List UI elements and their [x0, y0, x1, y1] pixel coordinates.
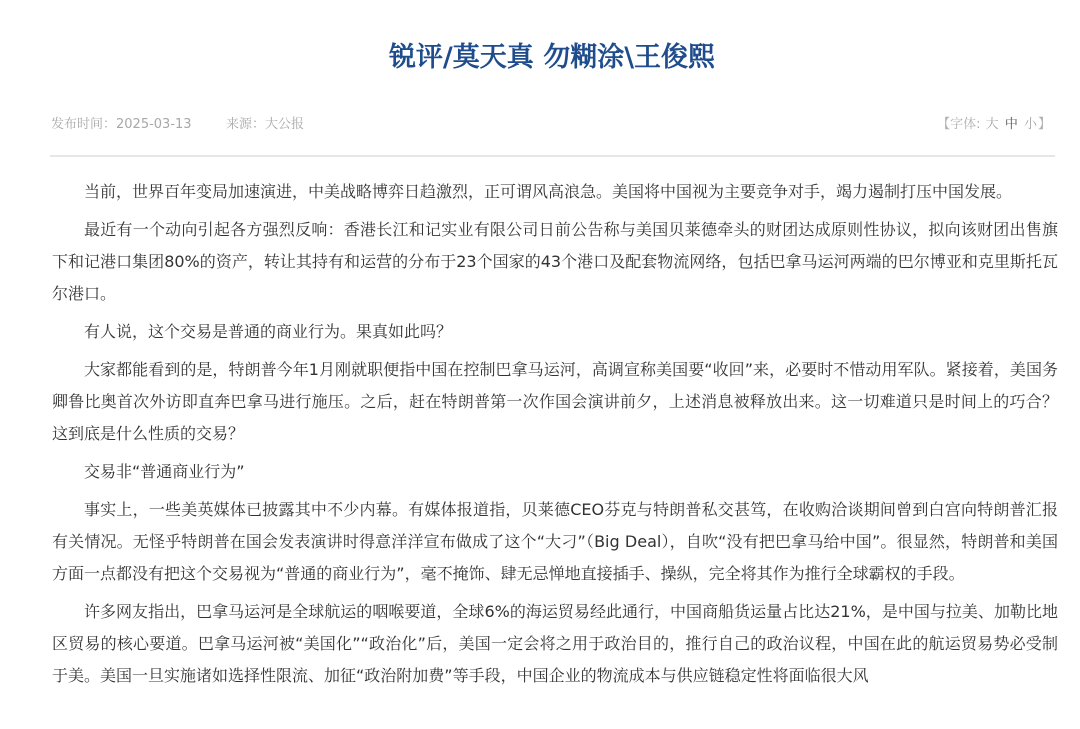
font-size-open-bracket: 【: [937, 117, 950, 132]
publish-date-value: 2025-03-13: [116, 117, 192, 132]
header-divider: [50, 155, 1055, 157]
section-subheading: 交易非“普通商业行为”: [52, 456, 1058, 488]
publish-date-label: 发布时间：: [51, 117, 116, 132]
source-label: 来源：: [226, 117, 265, 132]
paragraph: 事实上，一些美英媒体已披露其中不少内幕。有媒体报道指，贝莱德CEO芬克与特朗普私…: [52, 494, 1058, 590]
article-meta: 发布时间：2025-03-13 来源：大公报 【字体: 大 中 小】: [51, 114, 1055, 136]
publish-date: 发布时间：2025-03-13: [51, 114, 192, 136]
font-size-small-button[interactable]: 小: [1024, 117, 1037, 132]
font-size-selector: 【字体: 大 中 小】: [937, 114, 1051, 136]
font-size-label: 字体:: [950, 117, 980, 132]
article-source: 来源：大公报: [226, 114, 304, 136]
font-size-close-bracket: 】: [1038, 117, 1051, 132]
paragraph: 最近有一个动向引起各方强烈反响：香港长江和记实业有限公司日前公告称与美国贝莱德牵…: [52, 214, 1058, 310]
article-body: 当前，世界百年变局加速演进，中美战略博弈日趋激烈，正可谓风高浪急。美国将中国视为…: [52, 176, 1058, 698]
source-value: 大公报: [265, 117, 304, 132]
font-size-large-button[interactable]: 大: [986, 117, 999, 132]
paragraph: 有人说，这个交易是普通的商业行为。果真如此吗？: [52, 316, 1058, 348]
paragraph: 许多网友指出，巴拿马运河是全球航运的咽喉要道，全球6%的海运贸易经此通行，中国商…: [52, 596, 1058, 692]
paragraph: 当前，世界百年变局加速演进，中美战略博弈日趋激烈，正可谓风高浪急。美国将中国视为…: [52, 176, 1058, 208]
font-size-medium-button[interactable]: 中: [1005, 117, 1018, 132]
paragraph: 大家都能看到的是，特朗普今年1月刚就职便指中国在控制巴拿马运河，高调宣称美国要“…: [52, 354, 1058, 450]
article-title: 锐评/莫天真 勿糊涂\王俊熙: [0, 38, 1080, 78]
